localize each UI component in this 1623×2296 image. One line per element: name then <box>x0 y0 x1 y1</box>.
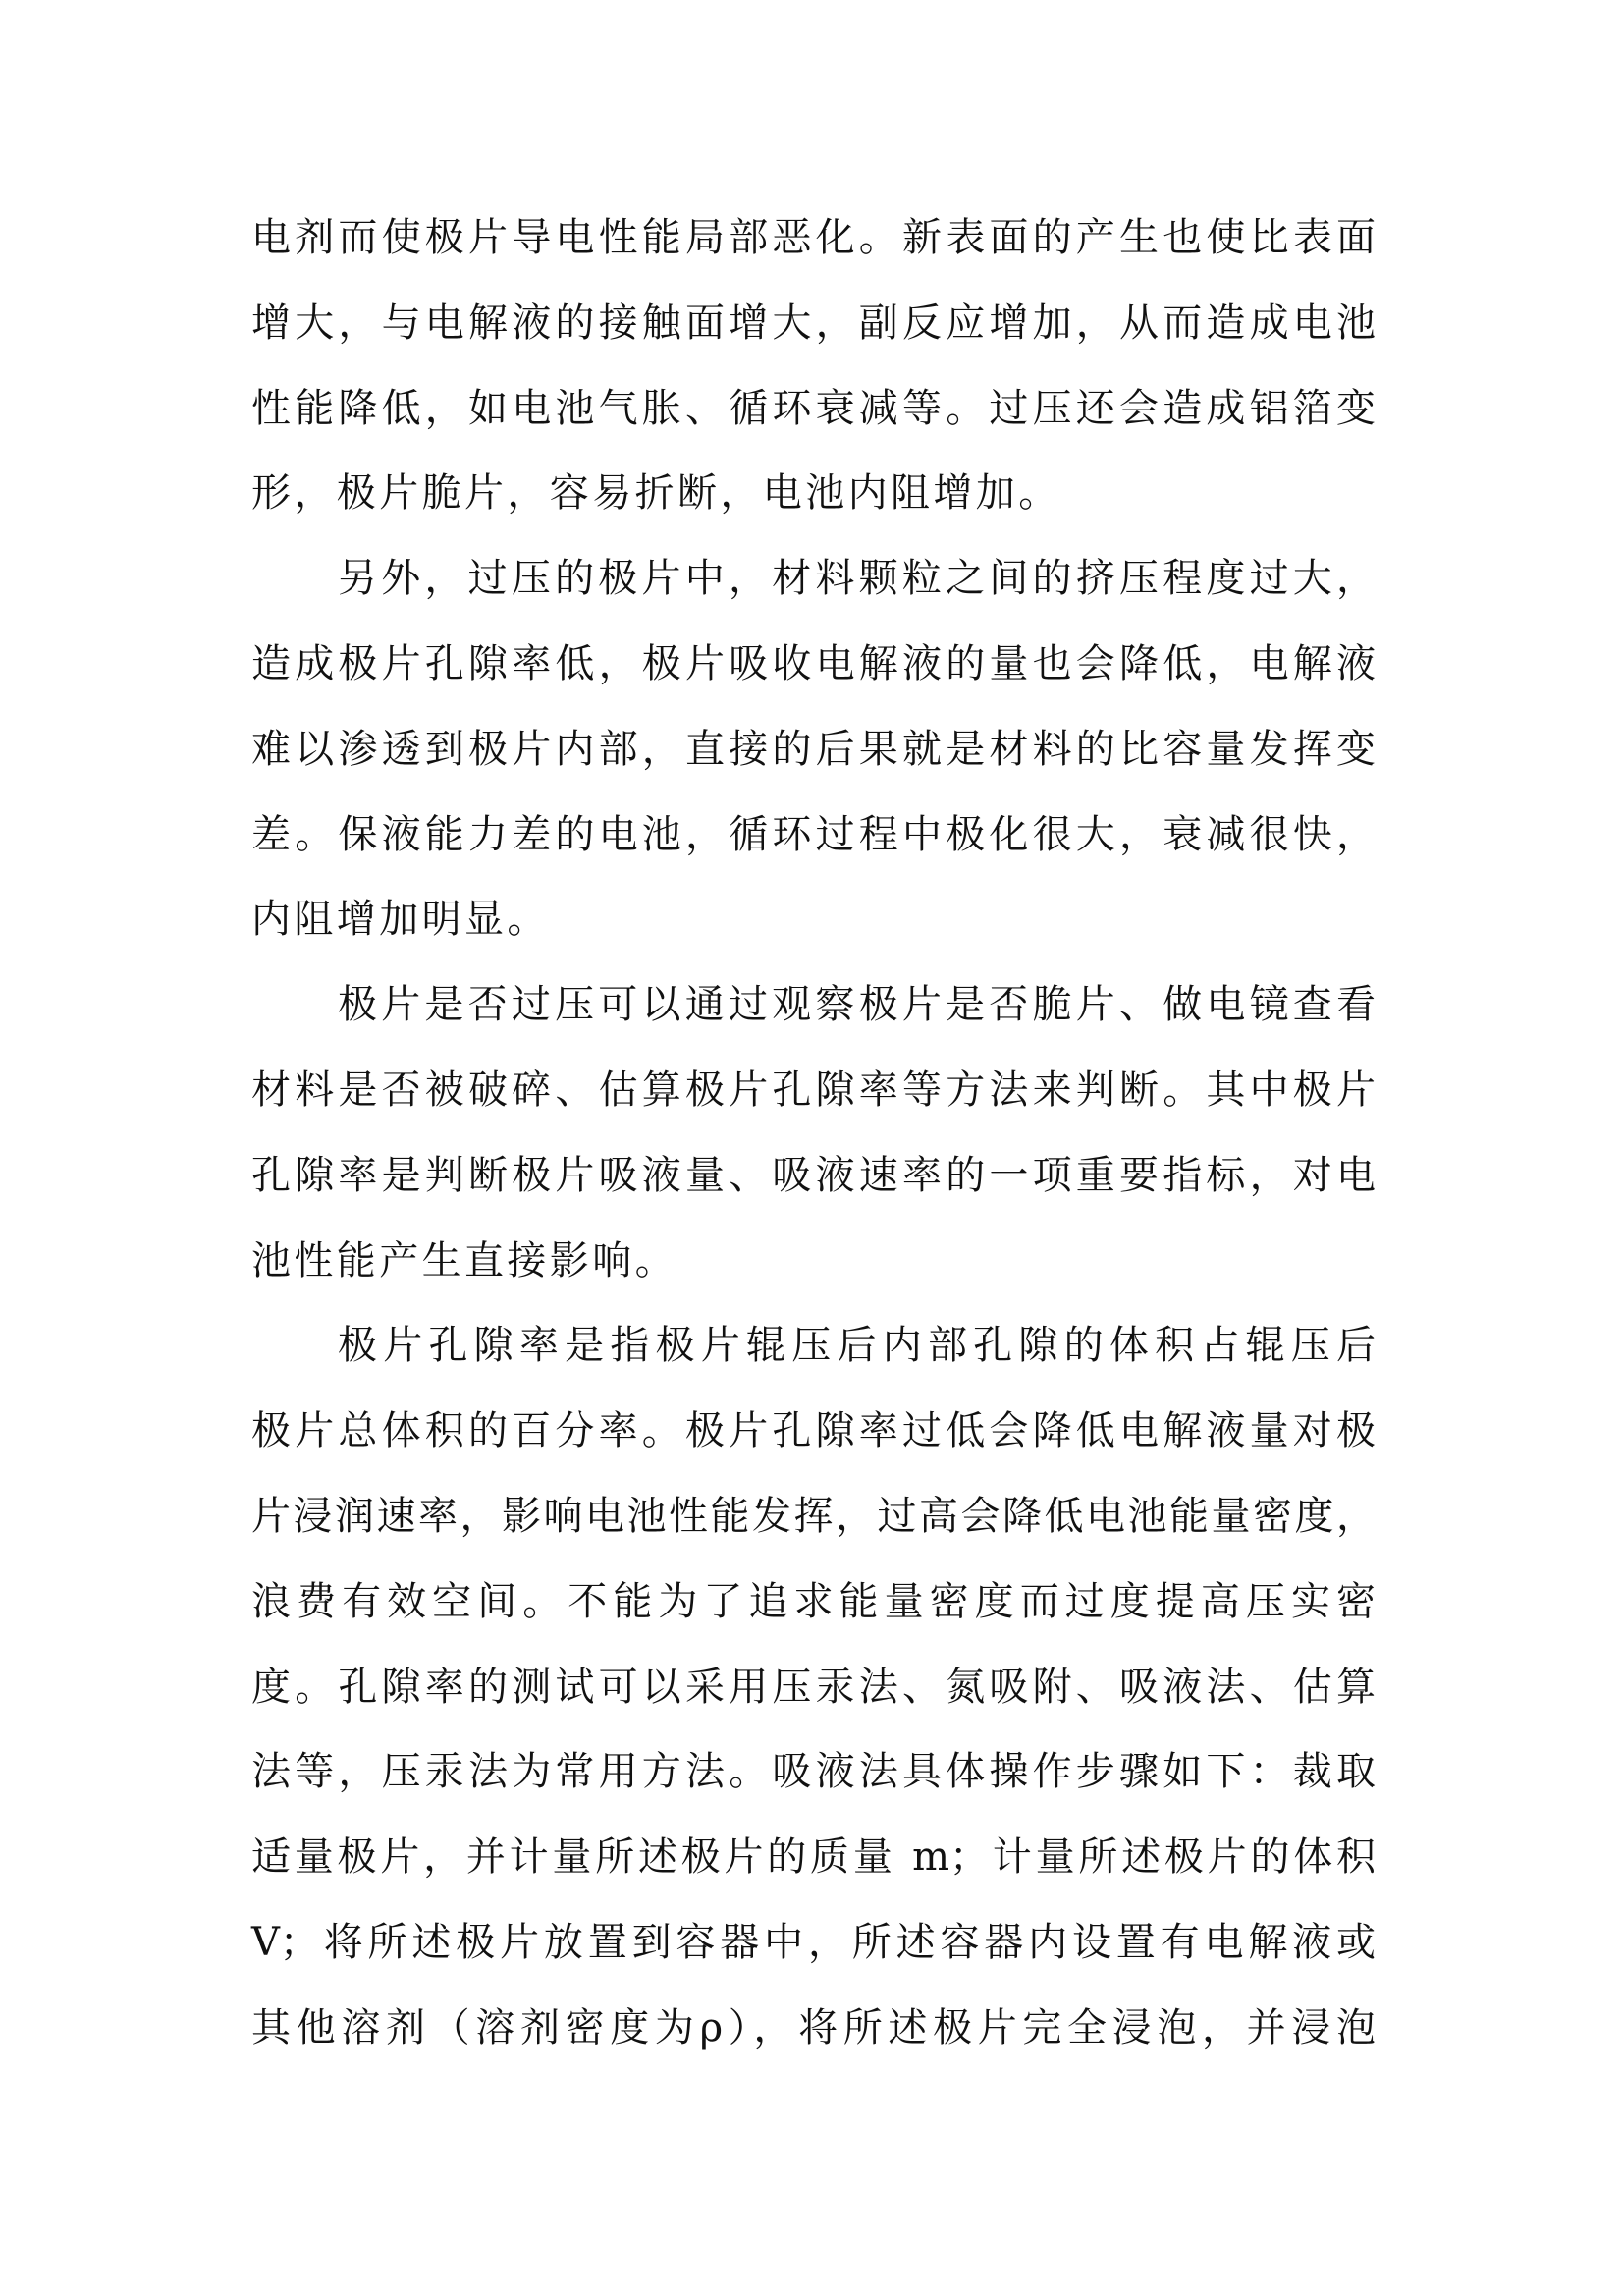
paragraph-3-line-2: 材料是否被破碎、估算极片孔隙率等方法来判断。其中极片 <box>251 1059 1376 1144</box>
paragraph-2-line-5: 内阻增加明显。 <box>251 888 1376 973</box>
paragraph-4-line-7: 适量极片，并计量所述极片的质量 m；计量所述极片的体积 <box>251 1826 1376 1911</box>
paragraph-3-line-4: 池性能产生直接影响。 <box>251 1230 1376 1315</box>
paragraph-4-line-3: 片浸润速率，影响电池性能发挥，过高会降低电池能量密度， <box>251 1485 1376 1570</box>
paragraph-2-line-1: 另外，过压的极片中，材料颗粒之间的挤压程度过大， <box>251 547 1376 632</box>
paragraph-4-line-5: 度。孔隙率的测试可以采用压汞法、氮吸附、吸液法、估算 <box>251 1656 1376 1741</box>
document-page: 电剂而使极片导电性能局部恶化。新表面的产生也使比表面 增大，与电解液的接触面增大… <box>0 0 1623 2296</box>
paragraph-4-line-9: 其他溶剂（溶剂密度为ρ），将所述极片完全浸泡，并浸泡 <box>251 1996 1376 2082</box>
paragraph-1-line-2: 增大，与电解液的接触面增大，副反应增加，从而造成电池 <box>251 292 1376 377</box>
paragraph-4-line-4: 浪费有效空间。不能为了追求能量密度而过度提高压实密 <box>251 1570 1376 1656</box>
body-text: 电剂而使极片导电性能局部恶化。新表面的产生也使比表面 增大，与电解液的接触面增大… <box>251 206 1376 2082</box>
paragraph-4-line-1: 极片孔隙率是指极片辊压后内部孔隙的体积占辊压后 <box>251 1314 1376 1399</box>
paragraph-4-line-6: 法等，压汞法为常用方法。吸液法具体操作步骤如下：裁取 <box>251 1740 1376 1826</box>
paragraph-1-line-4: 形，极片脆片，容易折断，电池内阻增加。 <box>251 462 1376 547</box>
paragraph-3-line-1: 极片是否过压可以通过观察极片是否脆片、做电镜查看 <box>251 973 1376 1059</box>
paragraph-1-line-1: 电剂而使极片导电性能局部恶化。新表面的产生也使比表面 <box>251 206 1376 292</box>
paragraph-2-line-3: 难以渗透到极片内部，直接的后果就是材料的比容量发挥变 <box>251 718 1376 803</box>
paragraph-3-line-3: 孔隙率是判断极片吸液量、吸液速率的一项重要指标，对电 <box>251 1144 1376 1230</box>
paragraph-4-line-8: V；将所述极片放置到容器中，所述容器内设置有电解液或 <box>251 1911 1376 1996</box>
paragraph-1-line-3: 性能降低，如电池气胀、循环衰减等。过压还会造成铝箔变 <box>251 377 1376 463</box>
paragraph-2-line-4: 差。保液能力差的电池，循环过程中极化很大，衰减很快， <box>251 803 1376 889</box>
paragraph-2-line-2: 造成极片孔隙率低，极片吸收电解液的量也会降低，电解液 <box>251 632 1376 718</box>
paragraph-4-line-2: 极片总体积的百分率。极片孔隙率过低会降低电解液量对极 <box>251 1399 1376 1485</box>
